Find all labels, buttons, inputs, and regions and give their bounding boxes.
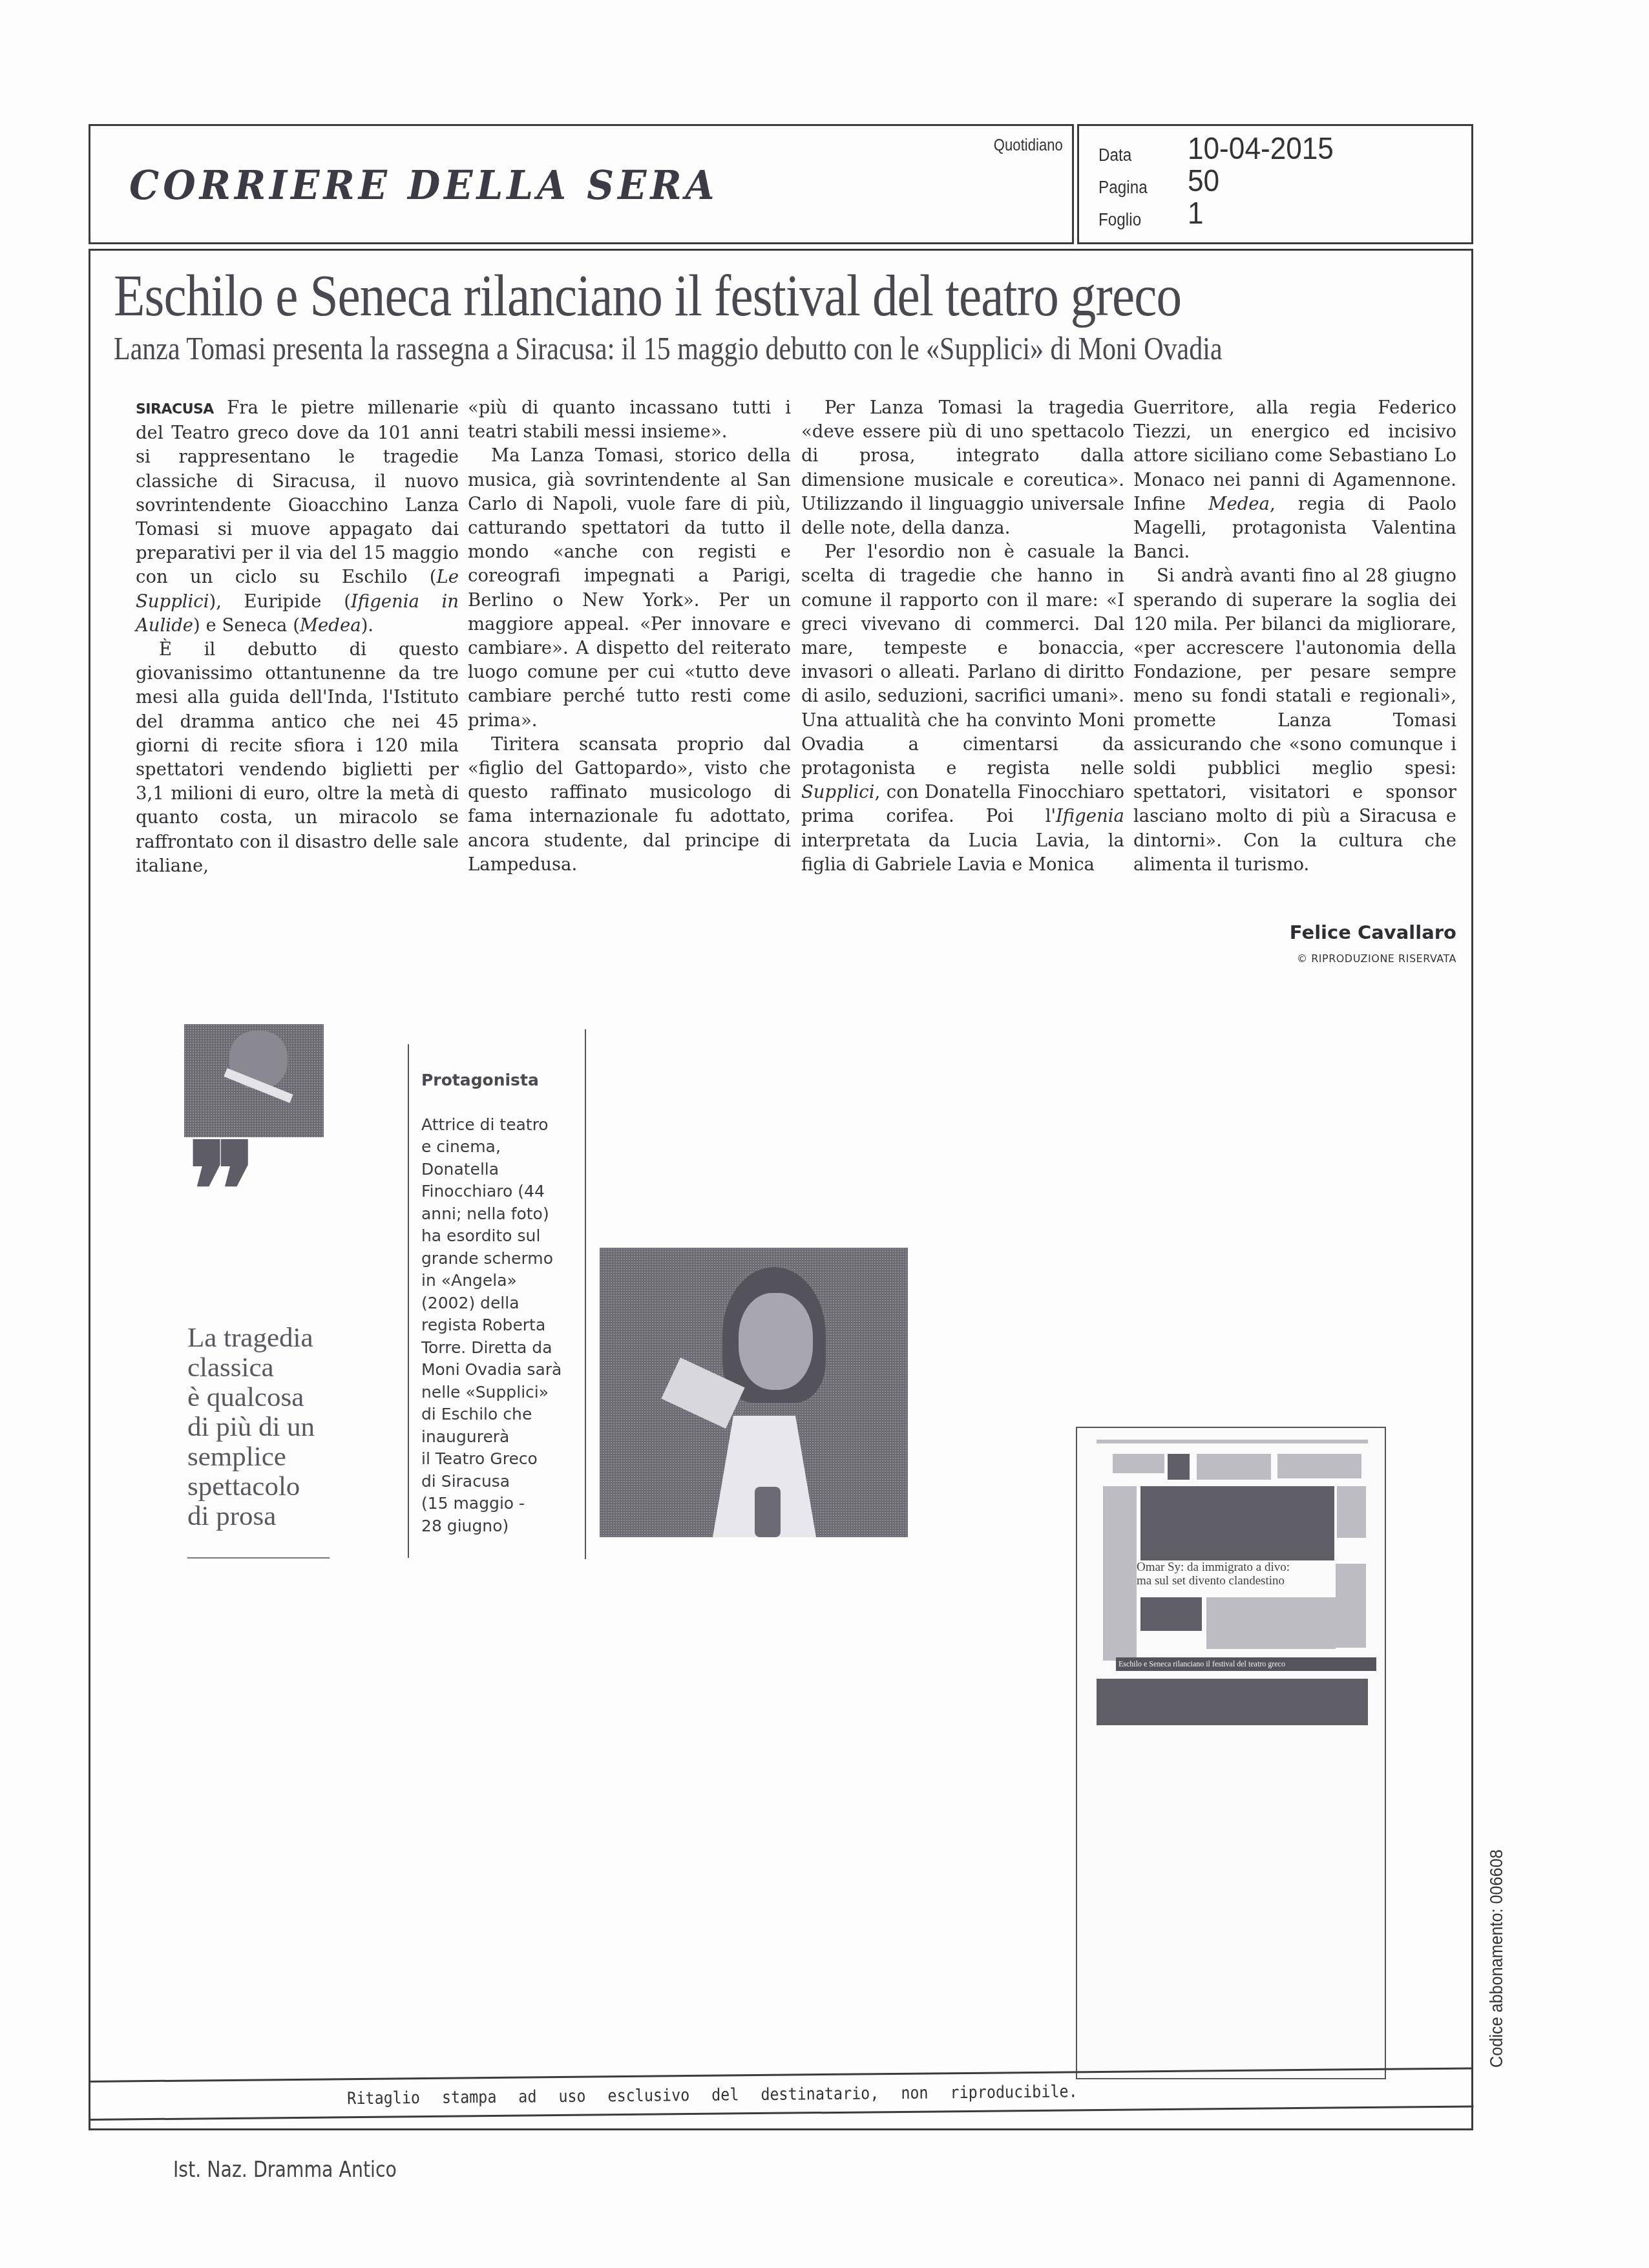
author-byline: Felice Cavallaro: [1133, 921, 1456, 943]
thumb-main-headline: Omar Sy: da immigrato a divo: ma sul set…: [1137, 1560, 1305, 1588]
article-paragraph: Guerritore, alla regia Federico Tiezzi, …: [1133, 396, 1456, 564]
italic-title: Ifigenia: [1056, 806, 1124, 826]
disclaimer-text: Ritaglio stampa ad uso esclusivo del des…: [347, 2082, 1078, 2108]
page-thumbnail: Omar Sy: da immigrato a divo: ma sul set…: [1076, 1427, 1386, 2079]
page-label: Pagina: [1098, 178, 1148, 198]
pull-quote-divider: [187, 1557, 330, 1559]
photo-caption: Protagonista Attrice di teatro e cinema,…: [421, 1047, 576, 1560]
article-column-2: «più di quanto incassano tutti i teatri …: [468, 396, 791, 877]
article-subheadline: Lanza Tomasi presenta la rassegna a Sira…: [114, 330, 1223, 367]
thumb-header-bar: [1097, 1440, 1368, 1444]
article-column-3: Per Lanza Tomasi la tragedia «deve esser…: [801, 396, 1124, 877]
paragraph-text: ) e Seneca (: [193, 615, 300, 636]
article-paragraph: È il debutto di questo giovanissimo otta…: [136, 638, 459, 878]
paragraph-text: «più di quanto incassano tutti i teatri …: [468, 397, 791, 442]
italic-title: Medea: [1208, 494, 1270, 514]
photo-face-shape: [739, 1293, 813, 1390]
article-paragraph: Ma Lanza Tomasi, storico della musica, g…: [468, 444, 791, 732]
quote-mark-icon: ❞: [187, 1142, 247, 1239]
article-headline: Eschilo e Seneca rilanciano il festival …: [114, 261, 1181, 330]
caption-title: Protagonista: [421, 1069, 576, 1092]
sheet-value: 1: [1188, 196, 1204, 231]
sheet-label: Foglio: [1098, 210, 1141, 230]
italic-title: Medea: [300, 615, 361, 636]
paragraph-text: Per Lanza Tomasi la tragedia «deve esser…: [801, 397, 1124, 538]
thumb-bottom-headline: Eschilo e Seneca rilanciano il festival …: [1116, 1657, 1376, 1671]
paragraph-text: Fra le pietre millenarie del Teatro grec…: [136, 397, 459, 587]
paragraph-text: interpretata da Lucia Lavia, la figlia d…: [801, 830, 1124, 875]
paragraph-text: Tiritera scansata proprio dal «figlio de…: [468, 734, 791, 875]
article-paragraph: Si andrà avanti fino al 28 giugno speran…: [1133, 564, 1456, 877]
thumb-left-column: [1103, 1486, 1137, 1661]
italic-title: Supplici: [801, 782, 875, 803]
thumb-text-block: [1113, 1454, 1164, 1473]
dateline: SIRACUSA: [136, 401, 214, 417]
article-paragraph: Per Lanza Tomasi la tragedia «deve esser…: [801, 396, 1124, 540]
institute-name: Ist. Naz. Dramma Antico: [173, 2157, 397, 2182]
paragraph-text: ), Euripide (: [209, 591, 351, 612]
column-divider: [408, 1044, 409, 1558]
thumb-text-block: [1197, 1454, 1271, 1480]
thumb-bottom-article: [1097, 1679, 1368, 1725]
date-value: 10-04-2015: [1188, 131, 1334, 167]
frequency-label: Quotidiano: [994, 135, 1063, 155]
article-paragraph: SIRACUSA Fra le pietre millenarie del Te…: [136, 396, 459, 638]
paragraph-text: Per l'esordio non è casuale la scelta di…: [801, 541, 1124, 779]
thumb-text-block: [1337, 1486, 1366, 1538]
paragraph-text: ).: [361, 615, 373, 636]
thumb-photo-small: [1168, 1454, 1190, 1480]
page-value: 50: [1188, 163, 1219, 199]
paragraph-text: È il debutto di questo giovanissimo otta…: [136, 639, 459, 876]
photo-glasses-shape: [755, 1487, 781, 1537]
caption-text: Attrice di teatro e cinema, Donatella Fi…: [421, 1114, 576, 1538]
subscription-code: Codice abbonamento: 006608: [1486, 1849, 1507, 2068]
paragraph-text: Ma Lanza Tomasi, storico della musica, g…: [468, 445, 791, 730]
thumb-text-block: [1336, 1564, 1366, 1648]
newspaper-name: CORRIERE DELLA SERA: [129, 162, 719, 208]
publication-meta-box: Data 10-04-2015 Pagina 50 Foglio 1: [1077, 124, 1473, 244]
masthead-box: CORRIERE DELLA SERA Quotidiano: [89, 124, 1074, 244]
paragraph-text: Si andrà avanti fino al 28 giugno speran…: [1133, 565, 1456, 874]
article-paragraph: «più di quanto incassano tutti i teatri …: [468, 396, 791, 444]
article-paragraph: Tiritera scansata proprio dal «figlio de…: [468, 733, 791, 877]
pull-quote: La tragedia classica è qualcosa di più d…: [187, 1323, 349, 1531]
thumb-text-block: [1277, 1454, 1361, 1478]
actress-photo: [600, 1248, 908, 1537]
thumb-text-block: [1206, 1597, 1336, 1649]
article-column-1: SIRACUSA Fra le pietre millenarie del Te…: [136, 396, 459, 878]
column-divider: [585, 1029, 586, 1559]
article-paragraph: Per l'esordio non è casuale la scelta di…: [801, 540, 1124, 877]
copyright-notice: © RIPRODUZIONE RISERVATA: [1133, 952, 1456, 965]
article-column-4: Guerritore, alla regia Federico Tiezzi, …: [1133, 396, 1456, 877]
date-label: Data: [1098, 145, 1131, 165]
thumb-photo-small: [1140, 1597, 1202, 1631]
thumb-main-photo: [1140, 1486, 1334, 1560]
